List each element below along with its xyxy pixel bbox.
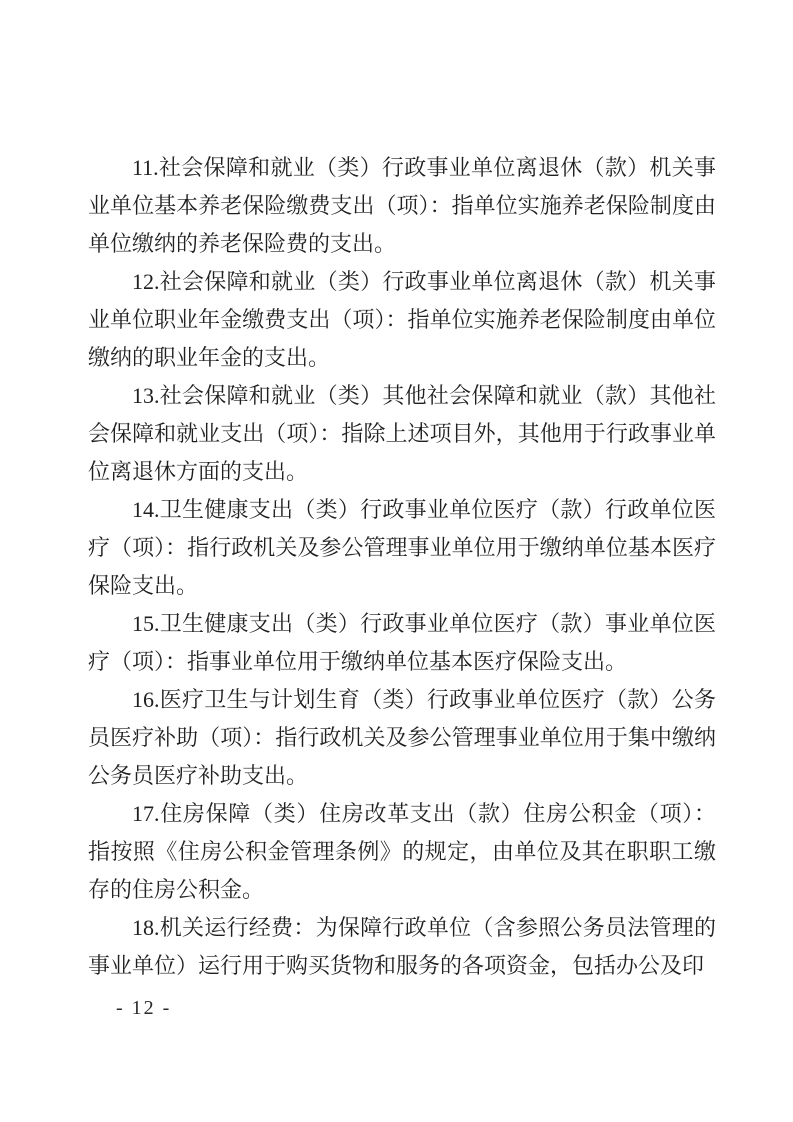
paragraph-item-17: 17.住房保障（类）住房改革支出（款）住房公积金（项）：指按照《住房公积金管理条… <box>88 795 716 909</box>
paragraph-item-11: 11.社会保障和就业（类）行政事业单位离退休（款）机关事业单位基本养老保险缴费支… <box>88 149 716 263</box>
page-number: - 12 - <box>116 997 171 1020</box>
paragraph-item-15: 15.卫生健康支出（类）行政事业单位医疗（款）事业单位医疗（项）：指事业单位用于… <box>88 605 716 681</box>
document-page: 11.社会保障和就业（类）行政事业单位离退休（款）机关事业单位基本养老保险缴费支… <box>0 0 793 1122</box>
paragraph-item-13: 13.社会保障和就业（类）其他社会保障和就业（款）其他社会保障和就业支出（项）：… <box>88 377 716 491</box>
document-body: 11.社会保障和就业（类）行政事业单位离退休（款）机关事业单位基本养老保险缴费支… <box>88 149 716 985</box>
paragraph-item-18: 18.机关运行经费：为保障行政单位（含参照公务员法管理的事业单位）运行用于购买货… <box>88 909 716 985</box>
paragraph-item-14: 14.卫生健康支出（类）行政事业单位医疗（款）行政单位医疗（项）：指行政机关及参… <box>88 491 716 605</box>
paragraph-item-12: 12.社会保障和就业（类）行政事业单位离退休（款）机关事业单位职业年金缴费支出（… <box>88 263 716 377</box>
paragraph-item-16: 16.医疗卫生与计划生育（类）行政事业单位医疗（款）公务员医疗补助（项）：指行政… <box>88 681 716 795</box>
